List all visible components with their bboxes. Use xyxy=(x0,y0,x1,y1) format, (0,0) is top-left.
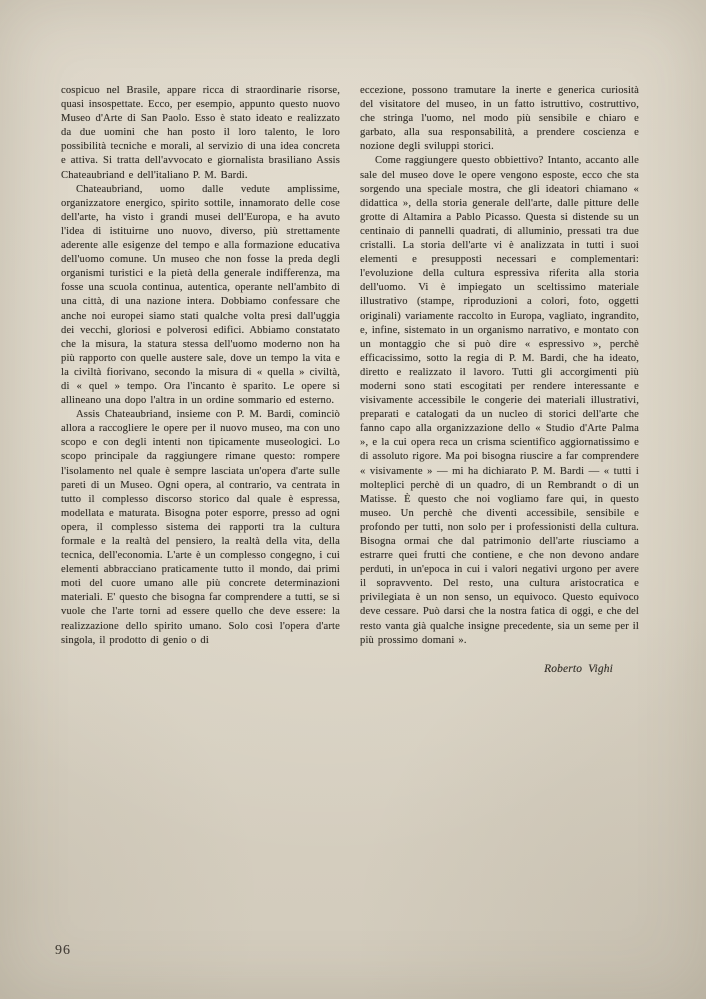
left-column: cospicuo nel Brasile, appare ricca di st… xyxy=(61,84,340,676)
paragraph: Assis Chateaubriand, insieme con P. M. B… xyxy=(61,408,340,648)
paragraph: Come raggiungere questo obbiettivo? Inta… xyxy=(360,154,639,647)
right-column: eccezione, possono tramutare la inerte e… xyxy=(360,84,639,676)
scanned-page: cospicuo nel Brasile, appare ricca di st… xyxy=(0,0,706,999)
article-body: cospicuo nel Brasile, appare ricca di st… xyxy=(61,84,639,676)
author-signature: Roberto Vighi xyxy=(360,662,639,676)
paragraph: cospicuo nel Brasile, appare ricca di st… xyxy=(61,84,340,183)
page-number: 96 xyxy=(55,943,71,959)
paragraph: eccezione, possono tramutare la inerte e… xyxy=(360,84,639,154)
paragraph: Chateaubriand, uomo dalle vedute ampliss… xyxy=(61,183,340,409)
